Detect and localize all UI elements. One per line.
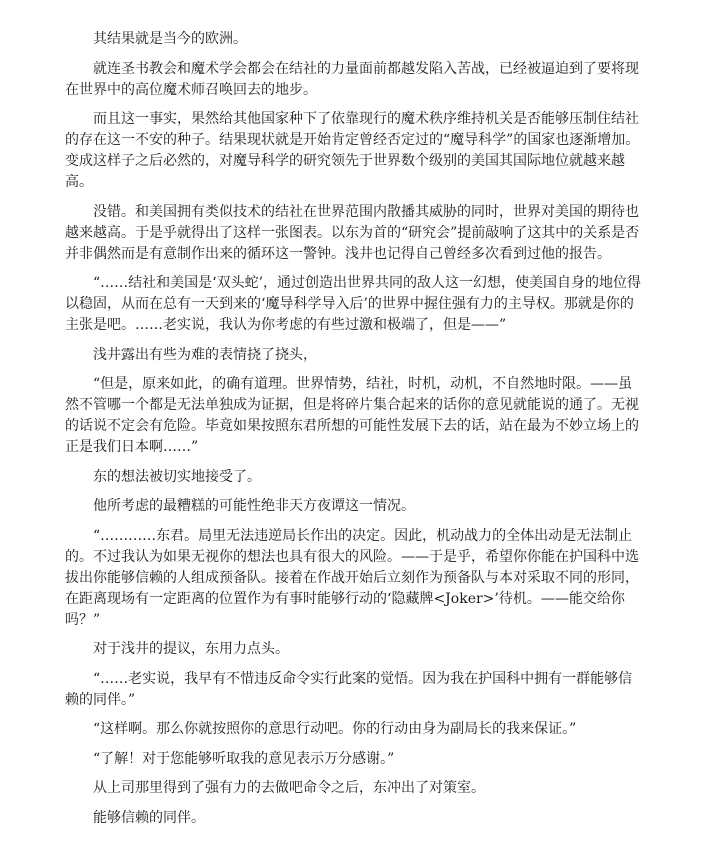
paragraph: “……老实说，我早有不惜违反命令实行此案的觉悟。因为我在护国科中拥有一群能够信赖… <box>65 669 645 711</box>
paragraph: 其结果就是当今的欧洲。 <box>65 29 645 50</box>
paragraph: 从上司那里得到了强有力的去做吧命令之后，东冲出了对策室。 <box>65 778 645 799</box>
document-page: 其结果就是当今的欧洲。 就连圣书教会和魔术学会都会在结社的力量面前都越发陷入苦战… <box>65 29 645 837</box>
paragraph: 东的想法被切实地接受了。 <box>65 467 645 488</box>
paragraph: 对于浅井的提议，东用力点头。 <box>65 639 645 660</box>
paragraph: 没错。和美国拥有类似技术的结社在世界范围内散播其威胁的同时，世界对美国的期待也越… <box>65 202 645 265</box>
paragraph: 而且这一事实，果然给其他国家种下了依靠现行的魔术秩序维持机关是否能够压制住结社的… <box>65 109 645 193</box>
paragraph: “了解！对于您能够听取我的意见表示万分感谢。” <box>65 749 645 770</box>
paragraph: “…………东君。局里无法违逆局长作出的决定。因此，机动战力的全体出动是无法制止的… <box>65 526 645 631</box>
paragraph: “……结社和美国是‘双头蛇’，通过创造出世界共同的敌人这一幻想，使美国自身的地位… <box>65 273 645 336</box>
paragraph: 能够信赖的同伴。 <box>65 808 645 829</box>
paragraph: “但是，原来如此，的确有道理。世界情势，结社，时机，动机，不自然地时限。——虽然… <box>65 374 645 458</box>
paragraph: 他所考虑的最糟糕的可能性绝非天方夜谭这一情况。 <box>65 496 645 517</box>
paragraph: “这样啊。那么你就按照你的意思行动吧。你的行动由身为副局长的我来保证。” <box>65 719 645 740</box>
paragraph: 就连圣书教会和魔术学会都会在结社的力量面前都越发陷入苦战，已经被逼迫到了要将现在… <box>65 59 645 101</box>
paragraph: 浅井露出有些为难的表情挠了挠头， <box>65 345 645 366</box>
